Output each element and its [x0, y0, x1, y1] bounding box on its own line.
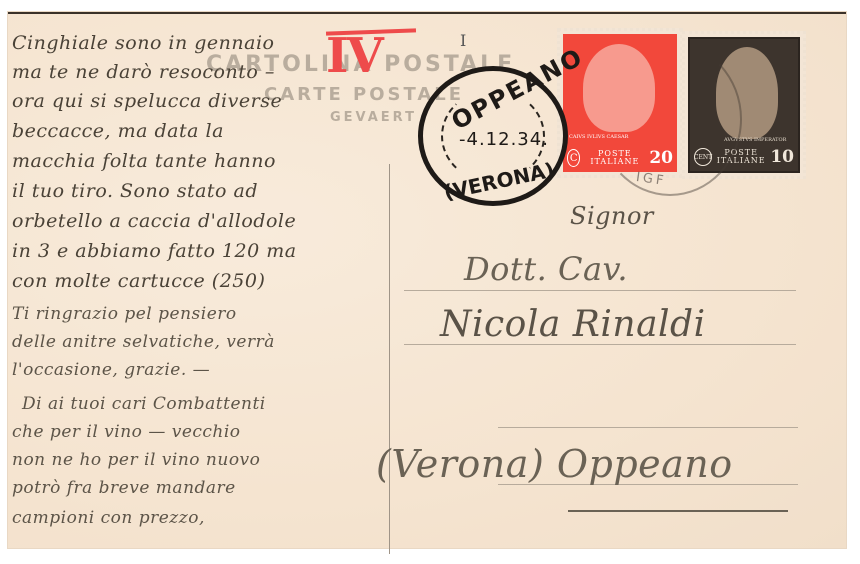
- stamp-denomination: 10: [770, 147, 794, 167]
- message-line: Di ai tuoi cari Combattenti: [22, 394, 266, 414]
- address-title: Dott. Cav.: [464, 250, 628, 288]
- printed-header-line3: GEVAERT: [330, 110, 417, 125]
- red-roman-numeral: IV: [326, 28, 382, 84]
- message-line: campioni con prezzo,: [12, 508, 205, 528]
- pencil-mark: I: [460, 31, 466, 50]
- address-line: [404, 290, 796, 291]
- center-divider: [389, 164, 390, 554]
- message-line: in 3 e abbiamo fatto 120 ma: [12, 240, 297, 262]
- message-line: non ne ho per il vino nuovo: [12, 450, 260, 470]
- message-line: orbetello a caccia d'allodole: [12, 210, 296, 232]
- message-line: ora qui si spelucca diverse: [12, 90, 282, 112]
- address-city: (Verona) Oppeano: [376, 442, 733, 486]
- message-line: il tuo tiro. Sono stato ad: [12, 180, 258, 202]
- message-line: che per il vino — vecchio: [12, 422, 241, 442]
- message-line: delle anitre selvatiche, verrà: [12, 332, 275, 352]
- postmark-date: -4.12.34.: [459, 129, 549, 150]
- message-line: potrò fra breve mandare: [12, 478, 236, 498]
- address-name: Nicola Rinaldi: [440, 304, 706, 345]
- message-line: beccacce, ma data la: [12, 120, 224, 142]
- message-line: ma te ne darò resoconto –: [12, 61, 275, 83]
- city-underline: [568, 510, 788, 512]
- stamp-unit: C: [567, 149, 580, 167]
- postcard-back: CARTOLINA POSTALE CARTE POSTALE GEVAERT …: [8, 12, 846, 548]
- oppeano-postmark: OPPEANO -4.12.34. (VERONA): [418, 66, 568, 206]
- message-line: Cinghiale sono in gennaio: [12, 32, 275, 54]
- faint-postmark: [598, 42, 742, 196]
- address-salutation: Signor: [570, 202, 654, 230]
- address-line: [498, 427, 798, 428]
- message-line: con molte cartucce (250): [12, 270, 265, 292]
- message-line: macchia folta tante hanno: [12, 150, 276, 172]
- message-line: Ti ringrazio pel pensiero: [12, 304, 237, 324]
- message-line: l'occasione, grazie. —: [12, 360, 210, 380]
